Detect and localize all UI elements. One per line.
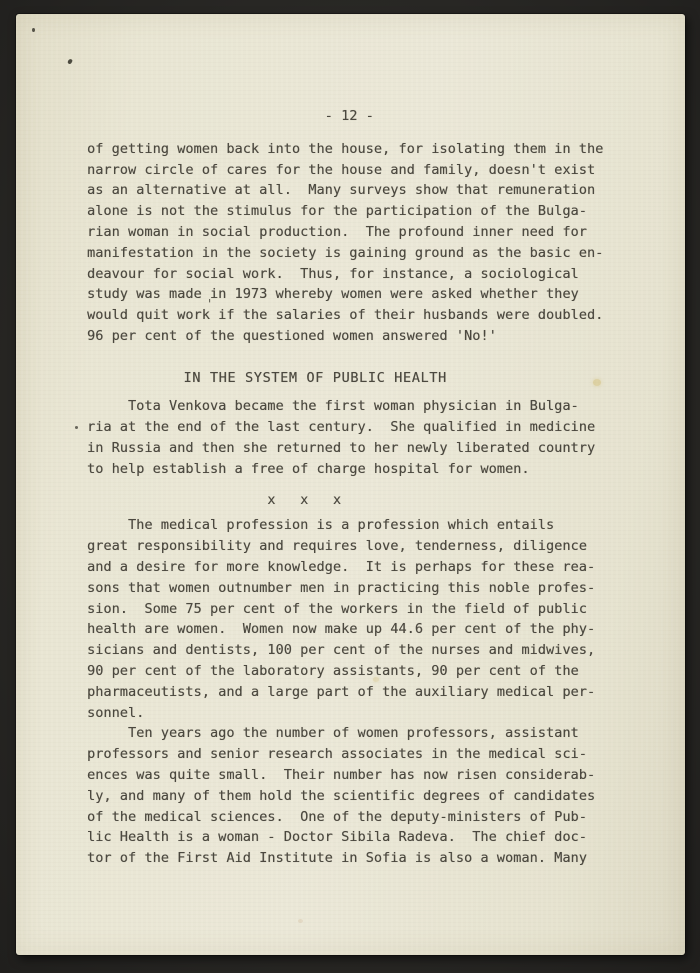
text-line: ences was quite small. Their number has … [87, 765, 672, 786]
typewritten-text: - 12 -of getting women back into the hou… [87, 106, 672, 869]
text-line: ria at the end of the last century. She … [87, 417, 672, 438]
text-line: The medical profession is a profession w… [87, 515, 672, 536]
text-line: of getting women back into the house, fo… [87, 139, 672, 160]
text-line: 90 per cent of the laboratory assistants… [87, 661, 672, 682]
text-line: pharmaceutists, and a large part of the … [87, 682, 672, 703]
text-line: would quit work if the salaries of their… [87, 305, 672, 326]
text-line: great responsibility and requires love, … [87, 536, 672, 557]
text-line: as an alternative at all. Many surveys s… [87, 180, 672, 201]
text-line: study was made in 1973 whereby women wer… [87, 284, 672, 305]
text-line: Ten years ago the number of women profes… [87, 723, 672, 744]
paper-speck [67, 58, 73, 64]
document-page: - 12 -of getting women back into the hou… [16, 14, 685, 955]
text-line: to help establish a free of charge hospi… [87, 459, 672, 480]
text-line: health are women. Women now make up 44.6… [87, 619, 672, 640]
paper-stain [593, 379, 601, 386]
paper-stain [373, 677, 379, 682]
paper-stain [298, 919, 303, 923]
text-line: deavour for social work. Thus, for insta… [87, 264, 672, 285]
text-line: ly, and many of them hold the scientific… [87, 786, 672, 807]
text-line: sicians and dentists, 100 per cent of th… [87, 640, 672, 661]
text-line: sion. Some 75 per cent of the workers in… [87, 599, 672, 620]
text-line: sons that women outnumber men in practic… [87, 578, 672, 599]
section-divider: x x x [87, 490, 672, 511]
blank-line [87, 347, 672, 368]
text-line: narrow circle of cares for the house and… [87, 160, 672, 181]
text-line: lic Health is a woman - Doctor Sibila Ra… [87, 827, 672, 848]
text-line: Tota Venkova became the first woman phys… [87, 396, 672, 417]
text-line: and a desire for more knowledge. It is p… [87, 557, 672, 578]
paper-speck [75, 426, 78, 429]
text-line: alone is not the stimulus for the partic… [87, 201, 672, 222]
text-line: tor of the First Aid Institute in Sofia … [87, 848, 672, 869]
scan-background: - 12 -of getting women back into the hou… [0, 0, 700, 973]
text-line: professors and senior research associate… [87, 744, 672, 765]
text-line: sonnel. [87, 703, 672, 724]
text-line: manifestation in the society is gaining … [87, 243, 672, 264]
paper-speck [32, 28, 35, 32]
text-line: in Russia and then she returned to her n… [87, 438, 672, 459]
text-line: rian woman in social production. The pro… [87, 222, 672, 243]
stray-typewriter-mark: ' [206, 298, 213, 310]
section-heading: IN THE SYSTEM OF PUBLIC HEALTH [87, 368, 672, 389]
page-number: - 12 - [87, 106, 672, 127]
text-line: of the medical sciences. One of the depu… [87, 807, 672, 828]
text-line: 96 per cent of the questioned women answ… [87, 326, 672, 347]
